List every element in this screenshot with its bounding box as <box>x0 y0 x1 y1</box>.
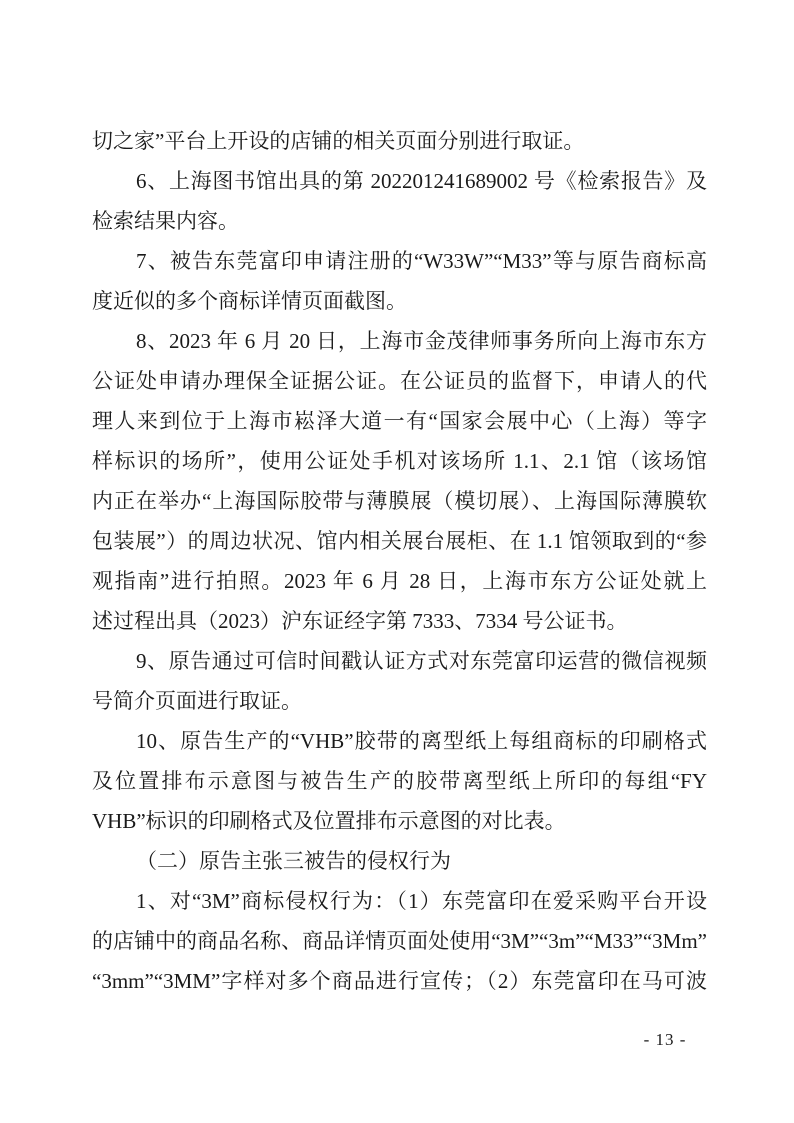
text-line: 8、2023 年 6 月 20 日，上海市金茂律师事务所向上海市东方 <box>92 321 707 361</box>
text-line: 切之家”平台上开设的店铺的相关页面分别进行取证。 <box>92 121 707 161</box>
text-line: VHB”标识的印刷格式及位置排布示意图的对比表。 <box>92 801 707 841</box>
text-line: 述过程出具（2023）沪东证经字第 7333、7334 号公证书。 <box>92 601 707 641</box>
text-line: 1、对“3M”商标侵权行为：（1）东莞富印在爱采购平台开设 <box>92 881 707 921</box>
text-line: 9、原告通过可信时间戳认证方式对东莞富印运营的微信视频 <box>92 641 707 681</box>
text-line: “3mm”“3MM”字样对多个商品进行宣传；（2）东莞富印在马可波 <box>92 961 707 1001</box>
text-line: 度近似的多个商标详情页面截图。 <box>92 281 707 321</box>
text-line: 观指南”进行拍照。2023 年 6 月 28 日，上海市东方公证处就上 <box>92 561 707 601</box>
text-line: 内正在举办“上海国际胶带与薄膜展（模切展）、上海国际薄膜软 <box>92 481 707 521</box>
text-line: 6、上海图书馆出具的第 202201241689002 号《检索报告》及 <box>92 161 707 201</box>
document-body: 切之家”平台上开设的店铺的相关页面分别进行取证。 6、上海图书馆出具的第 202… <box>92 121 707 1001</box>
document-page: 切之家”平台上开设的店铺的相关页面分别进行取证。 6、上海图书馆出具的第 202… <box>0 0 794 1123</box>
text-line: 及位置排布示意图与被告生产的胶带离型纸上所印的每组“FY <box>92 761 707 801</box>
text-line: 理人来到位于上海市崧泽大道一有“国家会展中心（上海）等字 <box>92 401 707 441</box>
text-line: 公证处申请办理保全证据公证。在公证员的监督下，申请人的代 <box>92 361 707 401</box>
text-line: 10、原告生产的“VHB”胶带的离型纸上每组商标的印刷格式 <box>92 721 707 761</box>
text-line: 的店铺中的商品名称、商品详情页面处使用“3M”“3m”“M33”“3Mm” <box>92 921 707 961</box>
page-number: - 13 - <box>620 1028 710 1052</box>
text-line: 包装展”）的周边状况、馆内相关展台展柜、在 1.1 馆领取到的“参 <box>92 521 707 561</box>
text-line: （二）原告主张三被告的侵权行为 <box>92 841 707 881</box>
text-line: 号简介页面进行取证。 <box>92 681 707 721</box>
text-line: 检索结果内容。 <box>92 201 707 241</box>
text-line: 样标识的场所”，使用公证处手机对该场所 1.1、2.1 馆（该场馆 <box>92 441 707 481</box>
text-line: 7、被告东莞富印申请注册的“W33W”“M33”等与原告商标高 <box>92 241 707 281</box>
